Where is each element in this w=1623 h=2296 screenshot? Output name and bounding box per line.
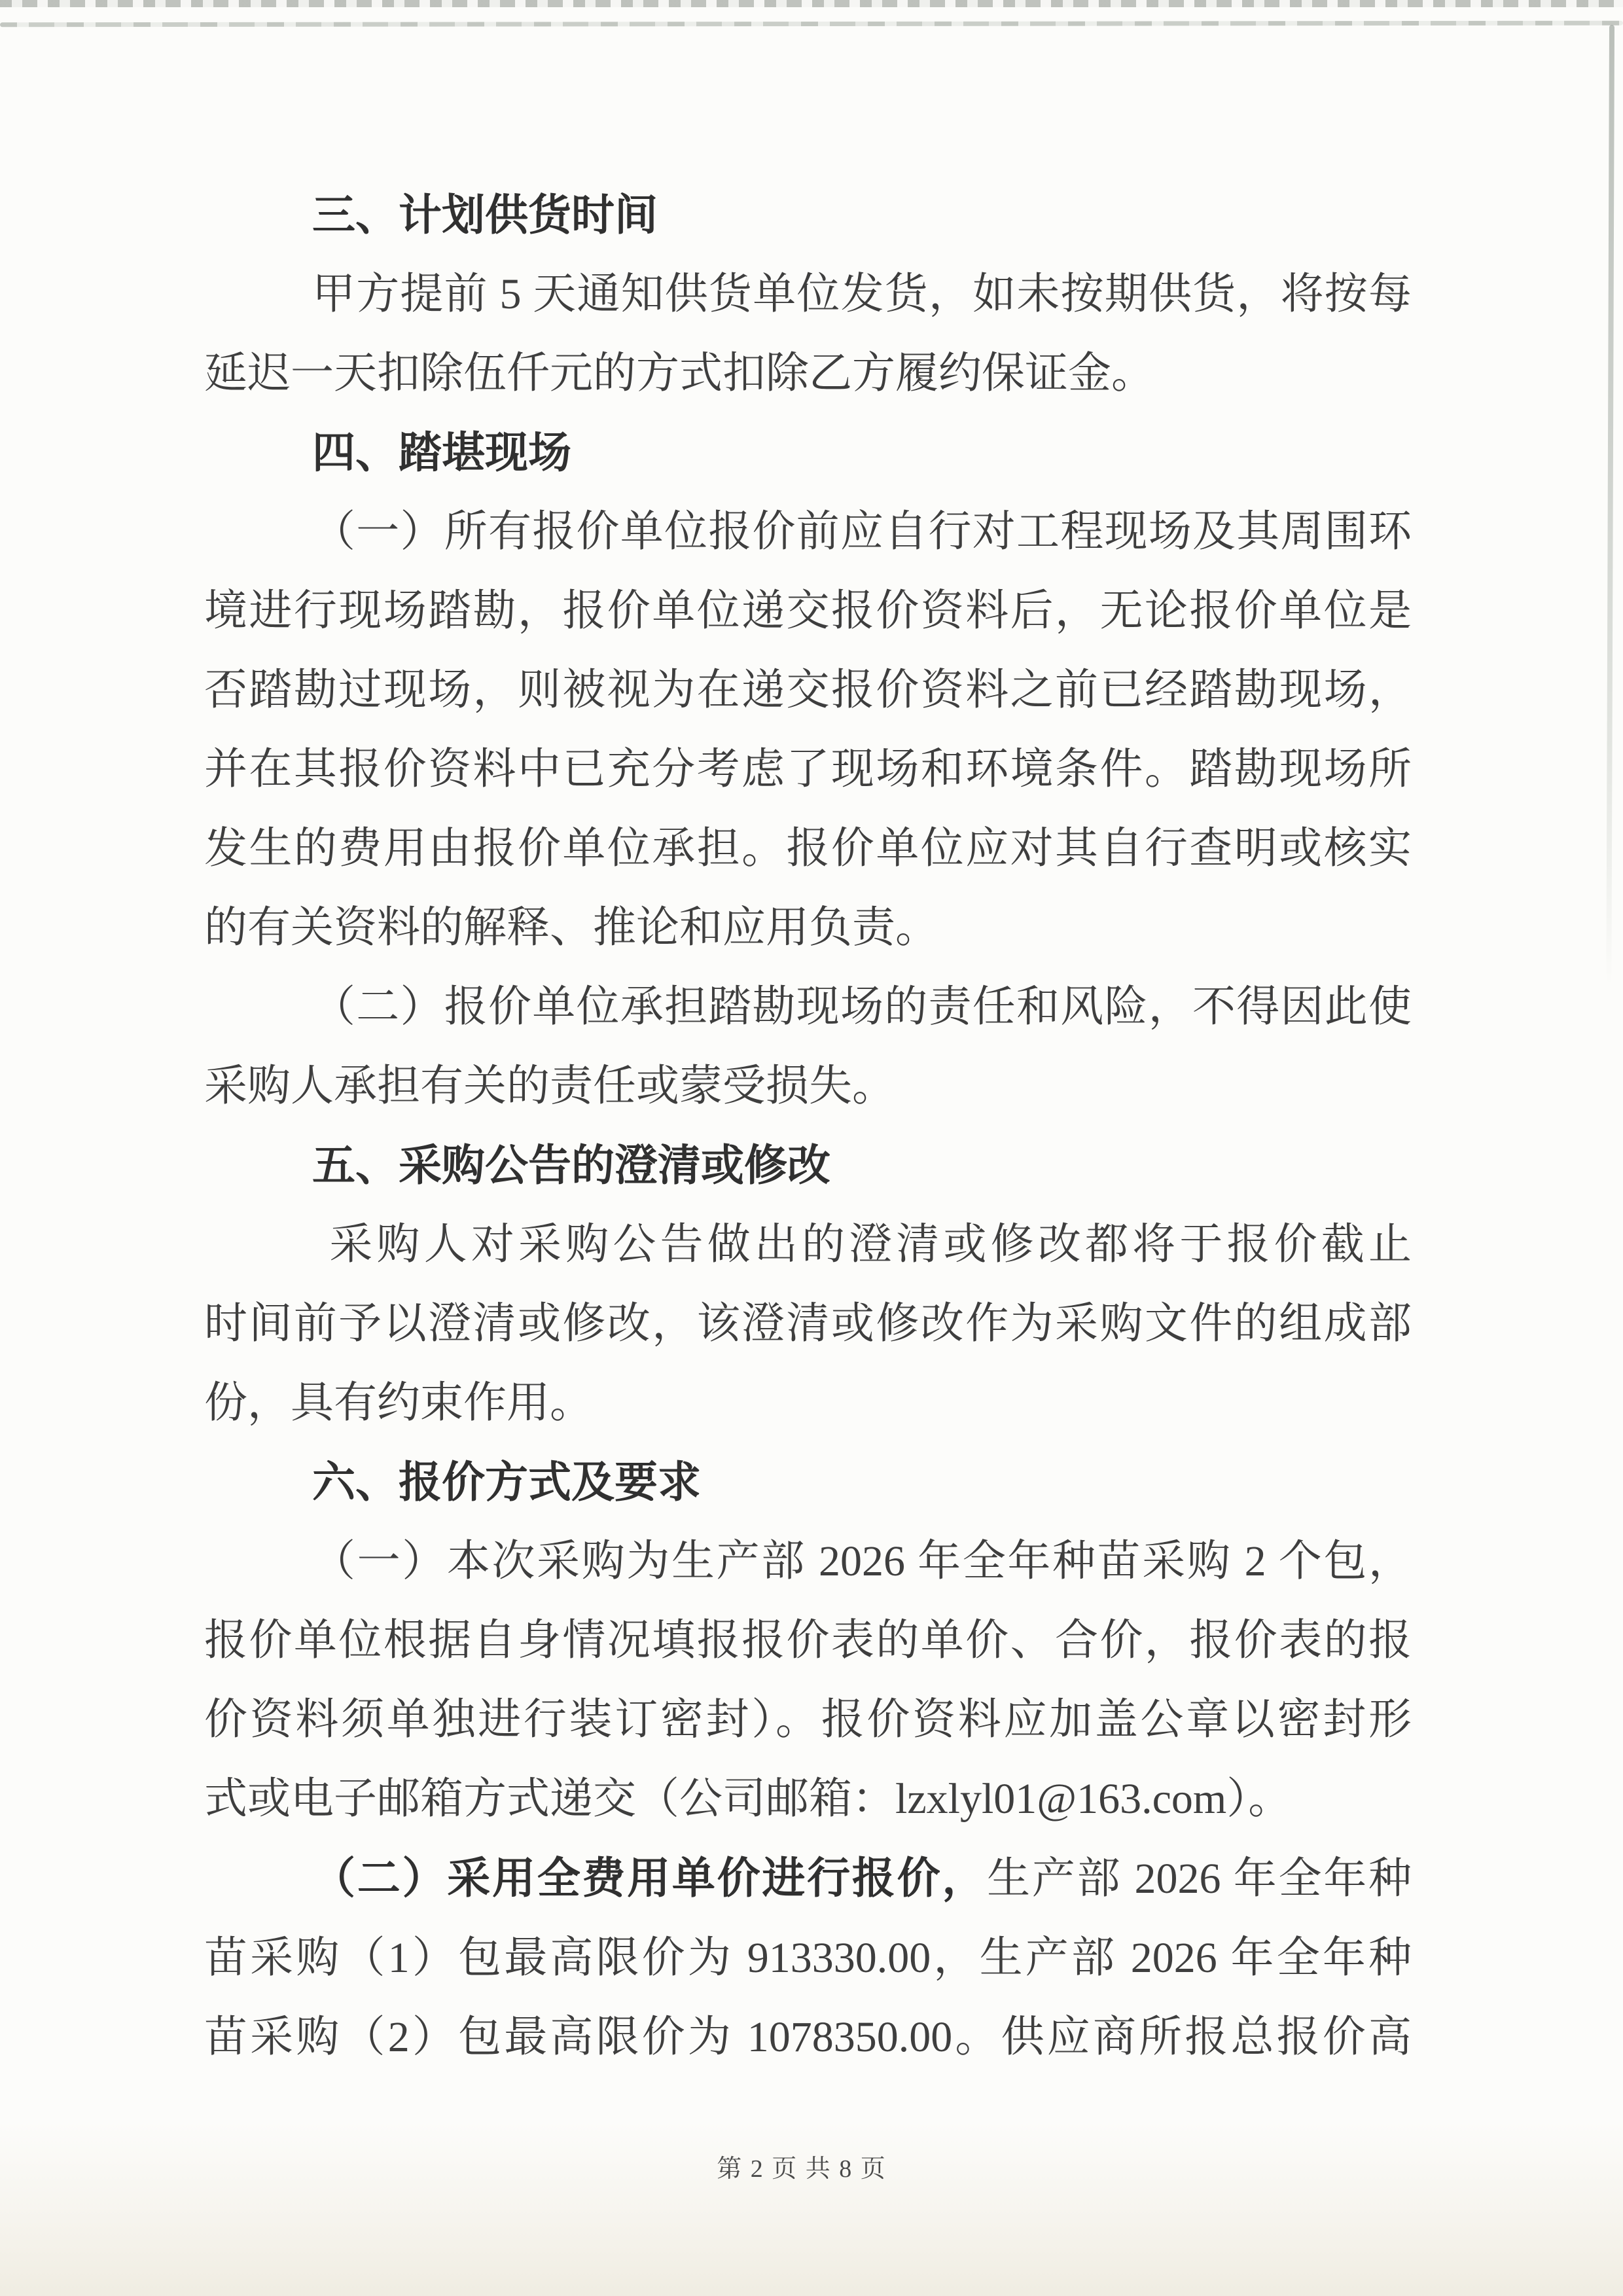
doc-line-11: 采购人承担有关的责任或蒙受损失。: [204, 1047, 1412, 1126]
doc-line-13: 采购人对采购公告做出的澄清或修改都将于报价截止: [204, 1205, 1412, 1284]
scanned-document-page: 三、计划供货时间 甲方提前 5 天通知供货单位发货，如未按期供货，将按每 延迟一…: [0, 0, 1623, 2296]
scan-edge-artifact-top: [0, 0, 1623, 7]
section-heading-four: 四、踏堪现场: [204, 413, 1412, 492]
doc-line-5: 境进行现场踏勘，报价单位递交报价资料后，无论报价单位是: [204, 571, 1412, 651]
doc-line-14: 时间前予以澄清或修改，该澄清或修改作为采购文件的组成部: [204, 1284, 1412, 1363]
doc-line-8: 发生的费用由报价单位承担。报价单位应对其自行查明或核实: [204, 809, 1412, 888]
document-body: 三、计划供货时间 甲方提前 5 天通知供货单位发货，如未按期供货，将按每 延迟一…: [204, 175, 1412, 2077]
doc-line-7: 并在其报价资料中已充分考虑了现场和环境条件。踏勘现场所: [204, 730, 1412, 809]
doc-line-15: 份，具有约束作用。: [204, 1363, 1412, 1443]
section-heading-three: 三、计划供货时间: [204, 175, 1412, 255]
text-run: 生产部 2026 年全年种: [987, 1855, 1412, 1903]
section-heading-five: 五、采购公告的澄清或修改: [204, 1126, 1412, 1205]
doc-line-22: 苗采购（1）包最高限价为 913330.00，生产部 2026 年全年种: [204, 1918, 1412, 1998]
doc-line-1: 甲方提前 5 天通知供货单位发货，如未按期供货，将按每: [204, 255, 1412, 334]
doc-line-23: 苗采购（2）包最高限价为 1078350.00。供应商所报总报价高: [204, 1998, 1412, 2077]
doc-line-18: 报价单位根据自身情况填报报价表的单价、合价，报价表的报: [204, 1601, 1412, 1680]
bold-text-run: （二）采用全费用单价进行报价，: [312, 1854, 987, 1902]
page-footer: 第 2 页 共 8 页: [0, 2148, 1603, 2184]
doc-line-9: 的有关资料的解释、推论和应用负责。: [204, 888, 1412, 967]
scan-shading-artifact-bottom: [0, 2119, 1623, 2296]
doc-line-6: 否踏勘过现场，则被视为在递交报价资料之前已经踏勘现场，: [204, 651, 1412, 730]
doc-line-21: （二）采用全费用单价进行报价，生产部 2026 年全年种: [204, 1839, 1412, 1918]
doc-line-19: 价资料须单独进行装订密封）。报价资料应加盖公章以密封形: [204, 1680, 1412, 1759]
scan-line-artifact-horizontal: [0, 21, 1623, 27]
scan-line-artifact-right: [1606, 25, 1614, 987]
doc-line-4: （一）所有报价单位报价前应自行对工程现场及其周围环: [204, 492, 1412, 571]
doc-line-20: 式或电子邮箱方式递交（公司邮箱：lzxlyl01@163.com）。: [204, 1759, 1412, 1839]
doc-line-17: （一）本次采购为生产部 2026 年全年种苗采购 2 个包，: [204, 1522, 1412, 1601]
doc-line-2: 延迟一天扣除伍仟元的方式扣除乙方履约保证金。: [204, 334, 1412, 413]
section-heading-six: 六、报价方式及要求: [204, 1443, 1412, 1522]
doc-line-10: （二）报价单位承担踏勘现场的责任和风险，不得因此使: [204, 967, 1412, 1047]
